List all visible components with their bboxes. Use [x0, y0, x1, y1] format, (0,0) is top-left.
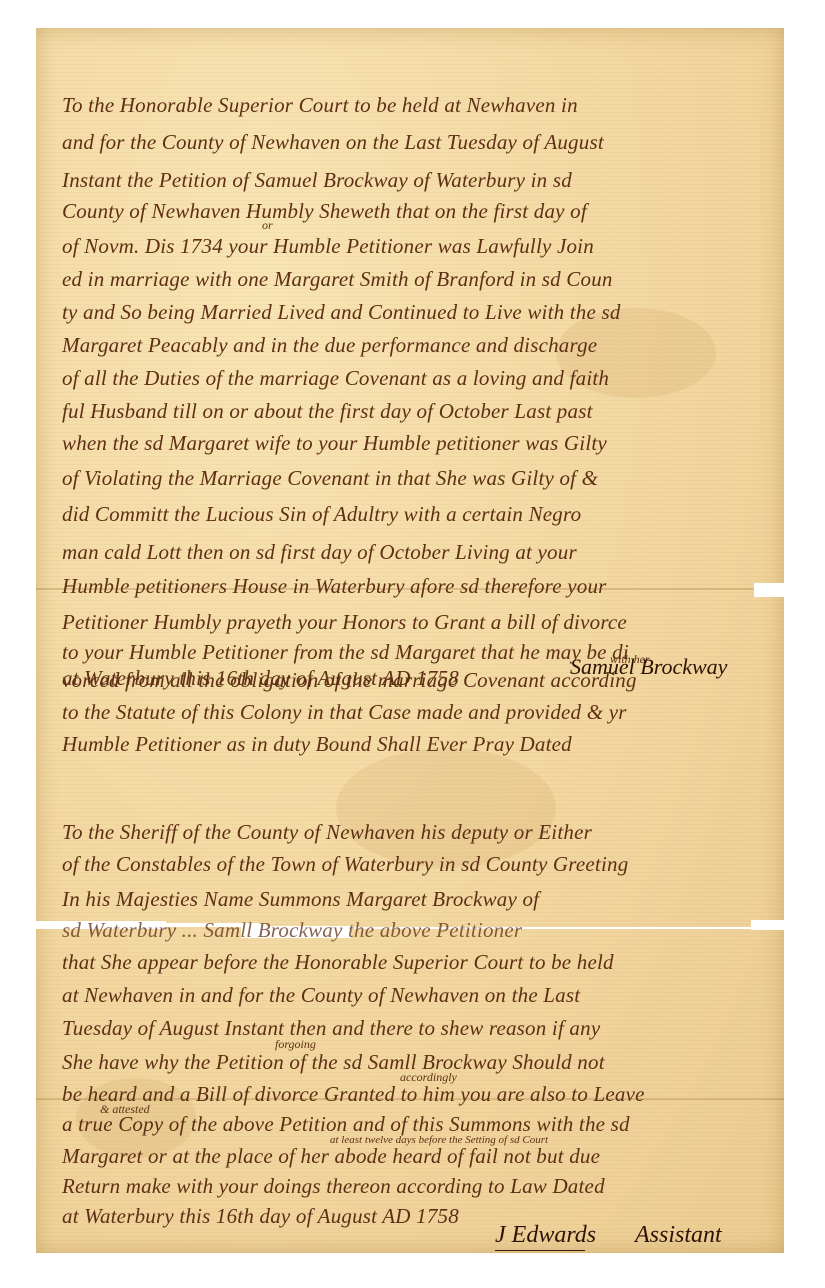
petition-line-date: at Waterbury this 16th day of August AD … [62, 666, 459, 691]
petition-line: To the Honorable Superior Court to be he… [62, 93, 578, 118]
petition-line: Humble petitioners House in Waterbury af… [62, 574, 607, 599]
paper-tear [754, 583, 784, 597]
petition-line: and for the County of Newhaven on the La… [62, 130, 604, 155]
summons-line: To the Sheriff of the County of Newhaven… [62, 820, 592, 845]
petition-line: County of Newhaven Humbly Sheweth that o… [62, 199, 587, 224]
petition-line: Margaret Peacably and in the due perform… [62, 333, 597, 358]
petition-line: of Violating the Marriage Covenant in th… [62, 466, 598, 491]
signature-underline [495, 1250, 585, 1251]
summons-line: that She appear before the Honorable Sup… [62, 950, 614, 975]
summons-line: Tuesday of August Instant then and there… [62, 1016, 600, 1041]
petition-line: to your Humble Petitioner from the sd Ma… [62, 640, 629, 665]
interlinear-note: or [262, 218, 273, 233]
petition-line: Instant the Petition of Samuel Brockway … [62, 168, 572, 193]
petition-line: did Committ the Lucious Sin of Adultry w… [62, 502, 581, 527]
paper-stain [336, 748, 556, 868]
petition-line: ty and So being Married Lived and Contin… [62, 300, 621, 325]
assistant-signature-title: Assistant [635, 1222, 722, 1249]
summons-line: at Newhaven in and for the County of New… [62, 983, 580, 1008]
petition-line: Petitioner Humbly prayeth your Honors to… [62, 610, 627, 635]
summons-line-torn: sd Waterbury ... Samll Brockway the abov… [62, 918, 522, 943]
assistant-signature-name: J Edwards [495, 1222, 596, 1249]
summons-line: She have why the Petition of the sd Saml… [62, 1050, 605, 1075]
summons-line: In his Majesties Name Summons Margaret B… [62, 887, 539, 912]
petition-line: of Novm. Dis 1734 your Humble Petitioner… [62, 234, 594, 259]
summons-line: Margaret or at the place of her abode he… [62, 1144, 600, 1169]
petitioner-signature: Samuel Brockway [570, 654, 727, 680]
summons-line: Return make with your doings thereon acc… [62, 1174, 605, 1199]
petition-line: ful Husband till on or about the first d… [62, 399, 593, 424]
petition-line: Humble Petitioner as in duty Bound Shall… [62, 732, 572, 757]
petition-line: when the sd Margaret wife to your Humble… [62, 431, 607, 456]
summons-line: of the Constables of the Town of Waterbu… [62, 852, 628, 877]
petition-line: of all the Duties of the marriage Covena… [62, 366, 609, 391]
petition-line: man cald Lott then on sd first day of Oc… [62, 540, 577, 565]
petition-line: to the Statute of this Colony in that Ca… [62, 700, 627, 725]
summons-line: at Waterbury this 16th day of August AD … [62, 1204, 459, 1229]
petition-line: ed in marriage with one Margaret Smith o… [62, 267, 613, 292]
paper-tear [751, 920, 791, 930]
